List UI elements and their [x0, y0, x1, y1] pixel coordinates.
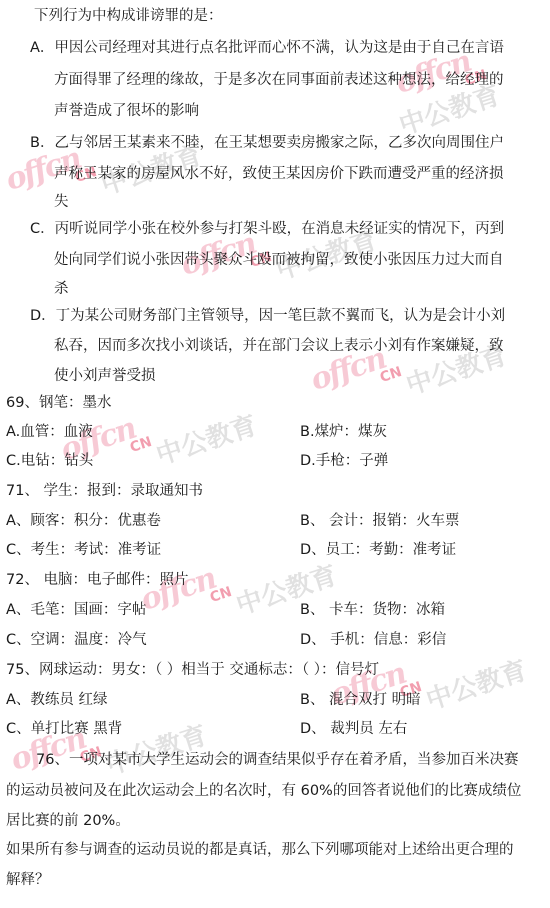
- watermark-cn: CN: [128, 434, 154, 456]
- watermark-brand: 中公教育: [151, 405, 261, 472]
- option-a-line1: A．甲因公司经理对其进行点名批评而心怀不满，认为这是由于自己在言语: [30, 38, 504, 58]
- q76-line2: 的运动员被问及在此次运动会上的名次时，有 60%的回答者说他们的比赛成绩位: [6, 781, 521, 801]
- q72-option-b: B、 卡车：货物：冰箱: [300, 600, 445, 620]
- option-d-line2: 私吞，因而多次找小刘谈话，并在部门会议上表示小刘有作案嫌疑，致: [54, 336, 504, 356]
- q71-option-d: D、员工：考勤：准考证: [300, 540, 456, 560]
- q75-option-d: D、 裁判员 左右: [300, 719, 407, 739]
- q76-line3: 居比赛的前 20%。: [6, 811, 130, 831]
- watermark-cn: CN: [208, 584, 234, 606]
- q71-option-a: A、顾客：积分：优惠卷: [6, 511, 161, 531]
- q71-option-c: C、考生：考试：准考证: [6, 540, 161, 560]
- option-c-line3: 杀: [54, 279, 69, 299]
- option-c-line2: 处向同学们说小张因带头聚众斗殴而被拘留，致使小张因压力过大而自: [54, 250, 504, 270]
- watermark-cn: CN: [378, 364, 404, 386]
- q76-line5: 解释？: [6, 870, 50, 890]
- q71-stem: 71、 学生：报到：录取通知书: [6, 481, 203, 501]
- option-b-line1: B．乙与邻居王某素来不睦，在王某想要卖房搬家之际，乙多次向周围住户: [30, 133, 504, 153]
- q75-stem: 75、网球运动：男女：（ ）相当于 交通标志：（ ）：信号灯: [6, 660, 379, 680]
- q69-stem: 69、钢笔：墨水: [6, 393, 111, 413]
- q76-line4: 如果所有参与调查的运动员说的都是真话，那么下列哪项能对上述给出更合理的: [6, 840, 514, 860]
- q72-stem: 72、 电脑：电子邮件：照片: [6, 570, 189, 590]
- q76-line1: 76、一项对某市大学生运动会的调查结果似乎存在着矛盾，当参加百米决赛: [36, 750, 518, 770]
- q69-option-d: D.手枪：子弹: [300, 451, 388, 471]
- q72-option-a: A、毛笔：国画：字帖: [6, 600, 146, 620]
- q75-option-a: A、教练员 红绿: [6, 690, 108, 710]
- q69-option-b: B.煤炉：煤灰: [300, 422, 387, 442]
- q72-option-c: C、空调：温度：冷气: [6, 630, 147, 650]
- q75-option-b: B、 混合双打 明暗: [300, 690, 421, 710]
- q75-option-c: C、单打比赛 黑背: [6, 719, 122, 739]
- q72-option-d: D、 手机：信息：彩信: [300, 630, 446, 650]
- option-d-line1: D．丁为某公司财务部门主管领导，因一笔巨款不翼而飞，认为是会计小刘: [30, 306, 505, 326]
- watermark-brand: 中公教育: [421, 650, 531, 717]
- option-b-line3: 失: [54, 192, 69, 212]
- option-a-line3: 声誉造成了很坏的影响: [54, 101, 199, 121]
- q69-option-c: C.电钻：钻头: [6, 451, 93, 471]
- option-c-line1: C．丙听说同学小张在校外参与打架斗殴，在消息未经证实的情况下，丙到: [30, 219, 504, 239]
- option-a-line2: 方面得罪了经理的缘故，于是多次在同事面前表述这种想法，给经理的: [54, 70, 504, 90]
- option-b-line2: 声称王某家的房屋风水不好，致使王某因房价下跌而遭受严重的经济损: [54, 164, 504, 184]
- option-d-line3: 使小刘声誉受损: [54, 366, 156, 386]
- watermark-logo: offcnCN中公教育: [395, 55, 550, 127]
- q71-option-b: B、 会计：报销：火车票: [300, 511, 460, 531]
- q69-option-a: A.血管：血液: [6, 422, 93, 442]
- question-stem: 下列行为中构成诽谤罪的是：: [34, 6, 223, 26]
